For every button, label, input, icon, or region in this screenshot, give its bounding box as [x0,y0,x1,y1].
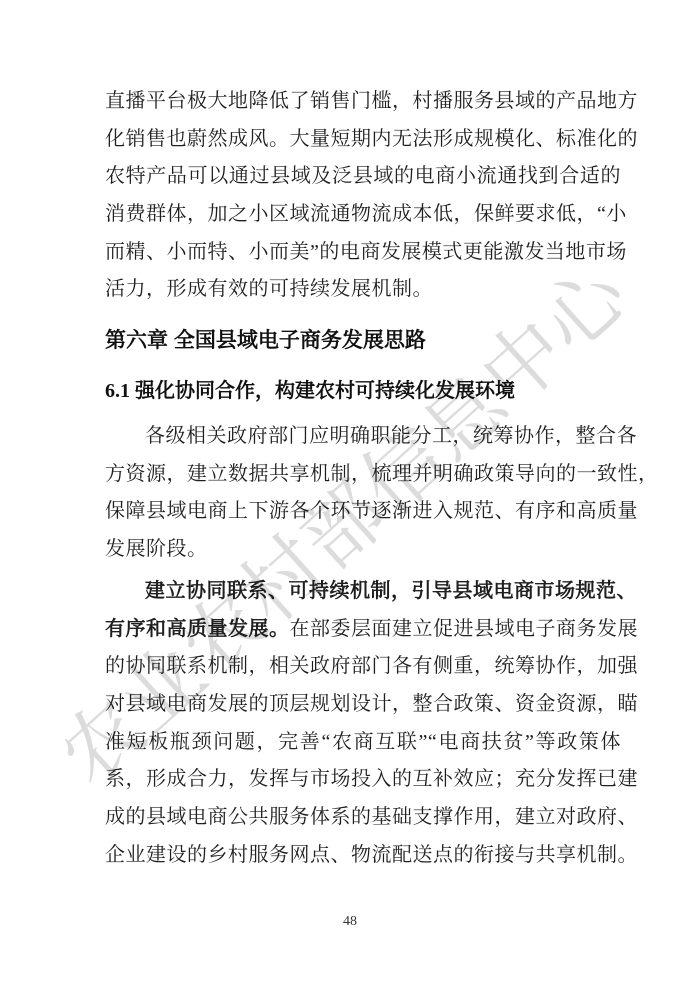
page-content: 直播平台极大地降低了销售门槛，村播服务县域的产品地方 化销售也蔚然成风。大量短期… [0,0,700,989]
body-line: 成的县域电商公共服务体系的基础支撑作用，建立对政府、 [105,799,621,837]
body-line: 对县域电商发展的顶层规划设计，整合政策、资金资源，瞄 [105,686,621,724]
body-line: 活力，形成有效的可持续发展机制。 [105,271,621,309]
body-line: 消费群体，加之小区域流通物流成本低，保鲜要求低，“小 [105,196,621,234]
body-line: 直播平台极大地降低了销售门槛，村播服务县域的产品地方 [105,83,621,121]
section-heading: 6.1 强化协同合作，构建农村可持续化发展环境 [105,377,621,405]
paragraph-3: 建立协同联系、可持续机制，引导县域电商市场规范、 有序和高质量发展。在部委层面建… [105,573,621,875]
paragraph-2: 各级相关政府部门应明确职能分工，统筹协作，整合各 方资源，建立数据共享机制，梳理… [105,418,621,569]
body-line: 保障县域电商上下游各个环节逐渐进入规范、有序和高质量 [105,493,621,531]
body-text-segment: 在部委层面建立促进县域电子商务发展 [290,618,639,640]
body-line: 企业建设的乡村服务网点、物流配送点的衔接与共享机制。 [105,837,621,875]
body-line: 准短板瓶颈问题，完善“农商互联”“电商扶贫”等政策体 [105,724,621,762]
body-line: 建立协同联系、可持续机制，引导县域电商市场规范、 [105,573,621,611]
body-line: 农特产品可以通过县域及泛县域的电商小流通找到合适的 [105,158,621,196]
chapter-heading: 第六章 全国县域电子商务发展思路 [105,326,621,356]
bold-lead-text: 有序和高质量发展。 [105,618,290,640]
document-page: 农业农村部信息中心 直播平台极大地降低了销售门槛，村播服务县域的产品地方 化销售… [0,0,700,989]
page-number: 48 [0,914,700,930]
body-line: 发展阶段。 [105,531,621,569]
body-line: 而精、小而特、小而美”的电商发展模式更能激发当地市场 [105,234,621,272]
body-line: 方资源，建立数据共享机制，梳理并明确政策导向的一致性， [105,456,621,494]
body-line: 化销售也蔚然成风。大量短期内无法形成规模化、标准化的 [105,121,621,159]
body-line: 系，形成合力，发挥与市场投入的互补效应；充分发挥已建 [105,761,621,799]
body-line: 有序和高质量发展。在部委层面建立促进县域电子商务发展 [105,611,621,649]
bold-lead-text: 建立协同联系、可持续机制，引导县域电商市场规范、 [145,580,637,602]
body-line: 的协同联系机制，相关政府部门各有侧重，统筹协作，加强 [105,648,621,686]
body-line: 各级相关政府部门应明确职能分工，统筹协作，整合各 [105,418,621,456]
paragraph-1: 直播平台极大地降低了销售门槛，村播服务县域的产品地方 化销售也蔚然成风。大量短期… [105,83,621,309]
